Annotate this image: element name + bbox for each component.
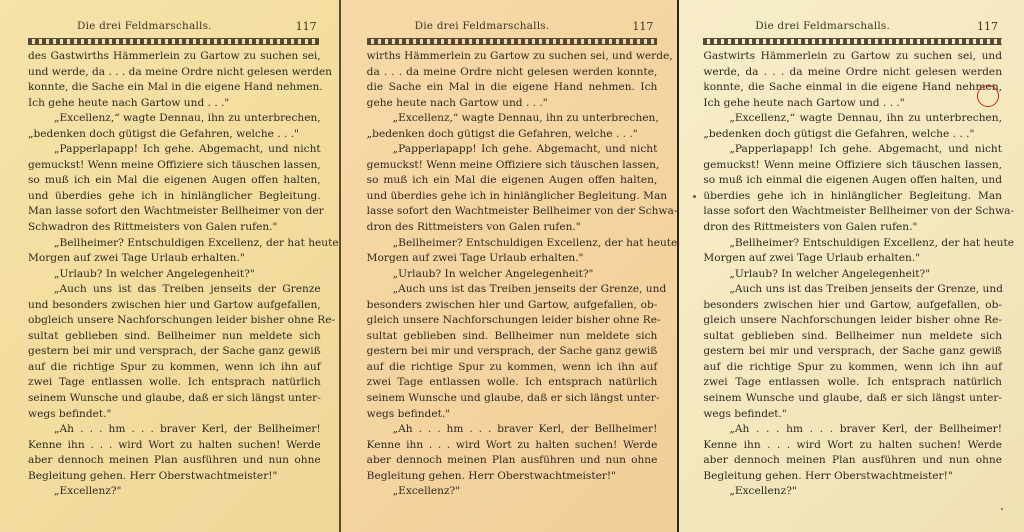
text-line: sultat geblieben sind. Bellheimer nun me… — [28, 329, 321, 345]
text-line: sultat geblieben sind. Bellheimer nun me… — [703, 329, 1002, 345]
text-line: „bedenken doch gütigst die Gefahren, wel… — [28, 127, 321, 143]
running-head: Die drei Feldmarschalls. 117 — [703, 20, 1002, 36]
text-line: Kenne ihn . . . wird Wort zu halten such… — [703, 438, 1002, 454]
text-line: zwei Tage entlassen wolle. Ich entsprach… — [28, 375, 321, 391]
text-line: des Gastwirths Hämmerlein zu Gartow zu s… — [28, 49, 321, 65]
text-line: gemuckst! Wenn meine Offiziere sich täus… — [367, 158, 658, 174]
text-line: Gastwirts Hämmerlein zu Gartow zu suchen… — [703, 49, 1002, 65]
text-line: „Auch uns ist das Treiben jenseits der G… — [367, 282, 658, 298]
text-line: „Auch uns ist das Treiben jenseits der G… — [703, 282, 1002, 298]
text-line: und werde, da . . . da meine Ordre nicht… — [28, 65, 321, 81]
text-line: so muß ich ein Mal die eigenen Augen off… — [367, 173, 658, 189]
text-line: Ich gehe heute nach Gartow und . . ." — [703, 96, 1002, 112]
text-line: aber dennoch meinen Plan ausführen und n… — [28, 453, 321, 469]
text-line: „Bellheimer? Entschuldigen Excellenz, de… — [28, 236, 321, 252]
running-title: Die drei Feldmarschalls. — [703, 20, 942, 32]
text-line: „Papperlapapp! Ich gehe. Abgemacht, und … — [703, 142, 1002, 158]
text-line: aber dennoch meinen Plan ausführen und n… — [367, 453, 658, 469]
text-line: wirths Hämmerlein zu Gartow zu suchen se… — [367, 49, 658, 65]
text-line: besonders zwischen hier und Gartow, aufg… — [367, 298, 658, 314]
running-head: Die drei Feldmarschalls. 117 — [367, 20, 658, 36]
text-line: zwei Tage entlassen wolle. Ich entsprach… — [703, 375, 1002, 391]
text-line: seinem Wunsche und glaube, daß er sich l… — [703, 391, 1002, 407]
text-line: besonders zwischen hier und Gartow, aufg… — [703, 298, 1002, 314]
scan-speck — [693, 195, 696, 198]
text-line: seinem Wunsche und glaube, daß er sich l… — [367, 391, 658, 407]
text-line: „Ah . . . hm . . . braver Kerl, der Bell… — [367, 422, 658, 438]
text-line: Ich gehe heute nach Gartow und . . ." — [28, 96, 321, 112]
scan-speck — [1001, 508, 1003, 510]
text-line: „Excellenz,“ wagte Dennau, ihn zu unterb… — [28, 111, 321, 127]
text-line: Begleitung gehen. Herr Oberstwachtmeiste… — [28, 469, 321, 485]
body-text: des Gastwirths Hämmerlein zu Gartow zu s… — [28, 49, 321, 500]
text-line: Kenne ihn . . . wird Wort zu halten such… — [367, 438, 658, 454]
running-head: Die drei Feldmarschalls. 117 — [28, 20, 321, 36]
ornamental-rule — [367, 38, 658, 45]
text-line: „Urlaub? In welcher Angelegenheit?" — [367, 267, 658, 283]
text-line: Morgen auf zwei Tage Urlaub erhalten." — [367, 251, 658, 267]
text-line: „Excellenz,“ wagte Dennau, ihn zu unterb… — [703, 111, 1002, 127]
text-line: „Bellheimer? Entschuldigen Excellenz, de… — [703, 236, 1002, 252]
body-text: Gastwirts Hämmerlein zu Gartow zu suchen… — [703, 49, 1002, 500]
body-text: wirths Hämmerlein zu Gartow zu suchen se… — [367, 49, 658, 500]
text-line: „Papperlapapp! Ich gehe. Abgemacht, und … — [28, 142, 321, 158]
text-line: Begleitung gehen. Herr Oberstwachtmeiste… — [367, 469, 658, 485]
text-line: gestern bei mir und versprach, der Sache… — [28, 344, 321, 360]
text-line: wegs befindet." — [28, 407, 321, 423]
text-line: Schwadron des Rittmeisters von Galen ruf… — [28, 220, 321, 236]
page-number: 117 — [632, 20, 653, 33]
text-line: lasse sofort den Wachtmeister Bellheimer… — [703, 204, 1002, 220]
ornamental-rule — [28, 38, 319, 45]
text-line: „Ah . . . hm . . . braver Kerl, der Bell… — [703, 422, 1002, 438]
text-line: Begleitung gehen. Herr Oberstwachtmeiste… — [703, 469, 1002, 485]
text-line: auf die richtige Spur zu kommen, wenn ic… — [367, 360, 658, 376]
text-line: so muß ich ein Mal die eigenen Augen off… — [28, 173, 321, 189]
text-line: „Excellenz?" — [367, 484, 658, 500]
text-line: Kenne ihn . . . wird Wort zu halten such… — [28, 438, 321, 454]
text-line: „bedenken doch gütigst die Gefahren, wel… — [703, 127, 1002, 143]
text-line: gleich unsere Nachforschungen leider bis… — [703, 313, 1002, 329]
text-line: „Urlaub? In welcher Angelegenheit?" — [703, 267, 1002, 283]
text-line: Morgen auf zwei Tage Urlaub erhalten." — [703, 251, 1002, 267]
text-line: „bedenken doch gütigst die Gefahren, wel… — [367, 127, 658, 143]
text-line: konnte, die Sache ein Mal in die eigene … — [28, 80, 321, 96]
text-line: seinem Wunsche und glaube, daß er sich l… — [28, 391, 321, 407]
text-line: da . . . da meine Ordre nicht gelesen we… — [367, 65, 658, 81]
text-line: aber dennoch meinen Plan ausführen und n… — [703, 453, 1002, 469]
text-line: und überdies gehe ich in hinlänglicher B… — [28, 189, 321, 205]
text-line: „Excellenz,“ wagte Dennau, ihn zu unterb… — [367, 111, 658, 127]
text-line: auf die richtige Spur zu kommen, wenn ic… — [28, 360, 321, 376]
text-line: dron des Rittmeisters von Galen rufen." — [703, 220, 1002, 236]
text-line: gleich unsere Nachforschungen leider bis… — [367, 313, 658, 329]
text-line: „Excellenz?" — [703, 484, 1002, 500]
text-line: gemuckst! Wenn meine Offiziere sich täus… — [703, 158, 1002, 174]
text-line: gemuckst! Wenn meine Offiziere sich täus… — [28, 158, 321, 174]
running-title: Die drei Feldmarschalls. — [367, 20, 598, 32]
text-line: „Excellenz?" — [28, 484, 321, 500]
ornamental-rule — [703, 38, 1002, 45]
text-line: werde, da . . . da meine Ordre nicht gel… — [703, 65, 1002, 81]
text-line: „Auch uns ist das Treiben jenseits der G… — [28, 282, 321, 298]
text-line: obgleich unsere Nachforschungen leider b… — [28, 313, 321, 329]
page-scan-3: Die drei Feldmarschalls. 117 Gastwirts H… — [679, 0, 1024, 532]
text-line: „Papperlapapp! Ich gehe. Abgemacht, und … — [367, 142, 658, 158]
text-line: wegs befindet." — [367, 407, 658, 423]
page-scan-2: Die drei Feldmarschalls. 117 wirths Hämm… — [341, 0, 678, 532]
text-line: überdies gehe ich in hinlänglicher Begle… — [703, 189, 1002, 205]
page-scan-1: Die drei Feldmarschalls. 117 des Gastwir… — [0, 0, 339, 532]
running-title: Die drei Feldmarschalls. — [28, 20, 261, 32]
text-line: gestern bei mir und versprach, der Sache… — [367, 344, 658, 360]
text-line: Man lasse sofort den Wachtmeister Bellhe… — [28, 204, 321, 220]
text-line: gehe heute nach Gartow und . . ." — [367, 96, 658, 112]
text-line: konnte, die Sache einmal in die eigene H… — [703, 80, 1002, 96]
text-line: dron des Rittmeisters von Galen rufen." — [367, 220, 658, 236]
text-line: sultat geblieben sind. Bellheimer nun me… — [367, 329, 658, 345]
text-line: und besonders zwischen hier und Gartow a… — [28, 298, 321, 314]
text-line: gestern bei mir und versprach, der Sache… — [703, 344, 1002, 360]
text-line: auf die richtige Spur zu kommen, wenn ic… — [703, 360, 1002, 376]
text-line: „Urlaub? In welcher Angelegenheit?" — [28, 267, 321, 283]
page-number: 117 — [977, 20, 998, 33]
text-line: so muß ich einmal die eigenen Augen offe… — [703, 173, 1002, 189]
text-line: Morgen auf zwei Tage Urlaub erhalten." — [28, 251, 321, 267]
text-line: lasse sofort den Wachtmeister Bellheimer… — [367, 204, 658, 220]
page-number: 117 — [296, 20, 317, 33]
text-line: „Bellheimer? Entschuldigen Excellenz, de… — [367, 236, 658, 252]
text-line: die Sache ein Mal in die eigene Hand neh… — [367, 80, 658, 96]
page-scan-comparison: Die drei Feldmarschalls. 117 des Gastwir… — [0, 0, 1024, 532]
text-line: zwei Tage entlassen wolle. Ich entsprach… — [367, 375, 658, 391]
text-line: wegs befindet." — [703, 407, 1002, 423]
text-line: und überdies gehe ich in hinlänglicher B… — [367, 189, 658, 205]
text-line: „Ah . . . hm . . . braver Kerl, der Bell… — [28, 422, 321, 438]
